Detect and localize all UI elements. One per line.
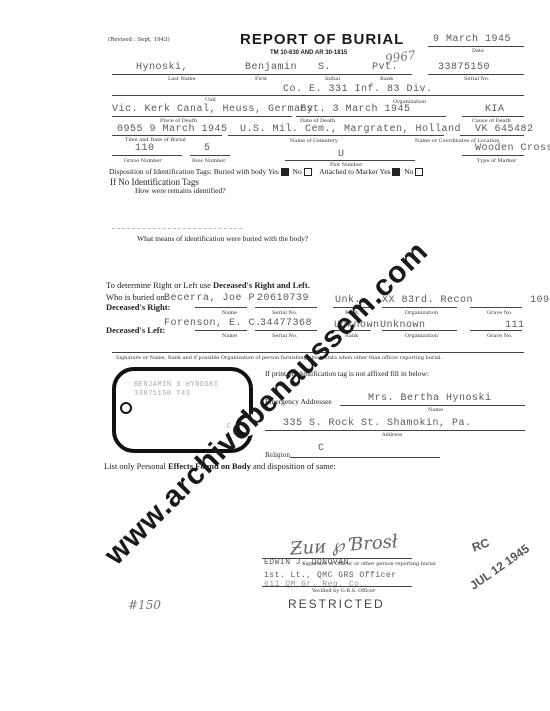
left-serial: 34477368 (260, 318, 312, 329)
plot-number-value: U (338, 149, 345, 160)
left-name: Forenson, E. C. (164, 318, 262, 329)
location-value: VK 645482 (475, 124, 534, 135)
serial-value: 33875150 (438, 62, 490, 73)
verified-label: Verified by G.R.S. Officer (312, 588, 375, 594)
grave-number-value: 110 (135, 143, 155, 154)
initial-label: Initial (325, 76, 340, 82)
emergency-label: Emergency Addressee (265, 397, 332, 406)
officer-signature-label: Signature of Officer or other person rep… (302, 561, 436, 567)
religion-value: C (318, 443, 325, 454)
restricted-label: RESTRICTED (288, 597, 385, 611)
right-left-heading: To determine Right or Left use Deceased'… (106, 280, 310, 290)
marker-no-checkbox[interactable] (415, 168, 423, 176)
question-means-buried: What means of identification were buried… (137, 234, 308, 243)
right-grave: 109 (530, 295, 550, 306)
date-of-death-value: Est. 3 March 1945 (300, 104, 411, 115)
first-label: First (255, 76, 267, 82)
row-number-label: Row Number (192, 158, 226, 164)
first-name-value: Benjamin (245, 62, 297, 73)
buried-yes-checkbox[interactable] (281, 168, 289, 176)
deceased-right-label: Deceased's Right: (106, 302, 170, 312)
right-serial: 20610739 (257, 293, 309, 304)
cause-of-death-value: KIA (485, 104, 505, 115)
handwritten-file-number: #150 (128, 598, 161, 612)
dog-tag-notch-icon (231, 409, 264, 442)
signature-note: Signature or Name, Rank and if possible … (116, 355, 442, 361)
cemetery-label: Name of Cemetery (290, 138, 338, 144)
buried-no-checkbox[interactable] (304, 168, 312, 176)
last-name-value: Hynoski, (136, 62, 188, 73)
form-subtitle: TM 10-630 AND AR 30-1815 (270, 50, 347, 56)
disposition-row: Disposition of Identification Tags: Buri… (109, 167, 423, 176)
revised-note: (Revised : Sept, 1943) (108, 37, 170, 43)
time-date-burial-value: 0955 9 March 1945 (117, 124, 228, 135)
last-name-label: Last Name (168, 76, 196, 82)
grave-number-label: Grave Number (124, 158, 162, 164)
initial-value: S. (318, 62, 331, 73)
right-rank: Unk. (335, 295, 361, 306)
officer-signature: Ƶuᴎ ℘ Ɓrosł (289, 531, 398, 559)
row-number-value: 5 (204, 143, 211, 154)
date-label: Date (472, 48, 484, 54)
emergency-address: 335 S. Rock St. Shamokin, Pa. (283, 418, 472, 429)
emergency-name: Mrs. Bertha Hynoski (368, 393, 492, 404)
marker-value: Wooden Cross (475, 143, 550, 154)
dog-tag-hole-icon (120, 402, 132, 414)
right-org: XX 83rd. Recon (382, 295, 473, 306)
officer-title: 1st. Lt., QMC GRS Officer (264, 571, 397, 580)
form-title: REPORT OF BURIAL (240, 31, 404, 48)
place-of-death-value: Vic. Kerk Canal, Heuss, Germany (112, 104, 314, 115)
who-buried-label: Who is buried on: (106, 292, 167, 302)
serial-label: Serial No. (464, 76, 489, 82)
rank-label: Rank (380, 76, 393, 82)
cemetery-value: U.S. Mil. Cem., Margraten, Holland (240, 124, 461, 135)
marker-label: Type of Marker (477, 158, 516, 164)
unit-label: Unit (205, 97, 216, 103)
right-name: Becerra, Joe P. (164, 293, 262, 304)
marker-yes-checkbox[interactable] (392, 168, 400, 176)
effects-heading: List only Personal Effects Found on Body… (104, 461, 336, 471)
rank-value: Pvt. (372, 62, 398, 73)
dog-tag-imprint: BENJAMIN S HYNOSKI 33875150 T43 C (112, 367, 253, 453)
emergency-instruction: If print of identification tag is not af… (265, 369, 429, 378)
deceased-left-label: Deceased's Left: (106, 325, 165, 335)
date-value: 9 March 1945 (433, 34, 511, 45)
received-stamp-top: RC (470, 535, 491, 554)
unit-value: Co. E. 331 Inf. 83 Div. (283, 84, 433, 95)
question-how-identified: How were remains identified? (135, 186, 226, 195)
